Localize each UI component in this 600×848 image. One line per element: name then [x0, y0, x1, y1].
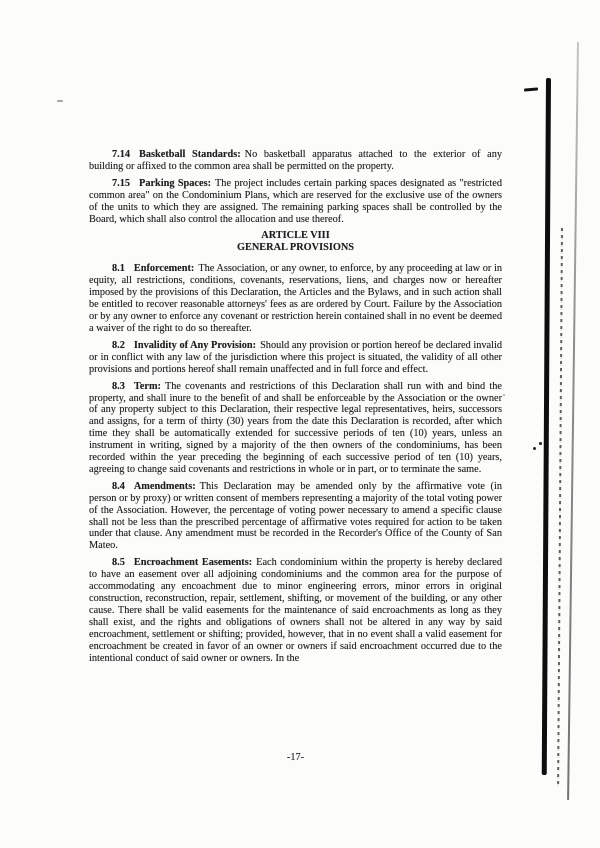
section-body: Each condominium within the property is …: [89, 557, 502, 663]
ink-speck: [533, 447, 536, 450]
section-number: 8.1: [112, 263, 125, 274]
section-number: 8.5: [112, 557, 125, 568]
article-number: ARTICLE VIII: [89, 230, 502, 242]
section-heading: Parking Spaces:: [139, 178, 211, 189]
scan-faint-line: [567, 42, 578, 800]
article-heading: ARTICLE VIII GENERAL PROVISIONS: [89, 230, 502, 254]
section-heading: Enforcement:: [134, 263, 194, 274]
scan-dotted-line: [557, 228, 563, 788]
section-heading: Basketball Standards:: [139, 149, 241, 160]
section-heading: Encroachment Easements:: [134, 557, 252, 568]
section-body: The Association, or any owner, to enforc…: [89, 263, 502, 334]
ink-speck: [539, 442, 542, 445]
ink-dash-mark: [524, 87, 538, 91]
section-7-14: 7.14Basketball Standards:No basketball a…: [89, 149, 502, 173]
section-heading: Invalidity of Any Provision:: [134, 340, 256, 351]
ink-speck: [57, 100, 63, 102]
section-8-1: 8.1Enforcement:The Association, or any o…: [89, 263, 502, 334]
section-number: 7.14: [112, 149, 130, 160]
text-block: 7.14Basketball Standards:No basketball a…: [89, 149, 502, 669]
section-number: 7.15: [112, 178, 130, 189]
section-body: The covenants and restrictions of this D…: [89, 381, 502, 475]
document-page: 7.14Basketball Standards:No basketball a…: [0, 0, 600, 848]
section-7-15: 7.15Parking Spaces:The project includes …: [89, 178, 502, 226]
page-number: -17-: [89, 752, 502, 763]
section-8-5: 8.5Encroachment Easements:Each condomini…: [89, 557, 502, 664]
section-8-2: 8.2Invalidity of Any Provision:Should an…: [89, 340, 502, 376]
section-number: 8.3: [112, 381, 125, 392]
section-heading: Term:: [134, 381, 161, 392]
section-number: 8.2: [112, 340, 125, 351]
section-heading: Amendments:: [134, 481, 196, 492]
ink-speck: [503, 394, 505, 396]
scan-edge-bar: [542, 78, 551, 775]
section-number: 8.4: [112, 481, 125, 492]
section-8-3: 8.3Term:The covenants and restrictions o…: [89, 381, 502, 476]
article-title: GENERAL PROVISIONS: [89, 242, 502, 254]
section-8-4: 8.4Amendments:This Declaration may be am…: [89, 481, 502, 552]
